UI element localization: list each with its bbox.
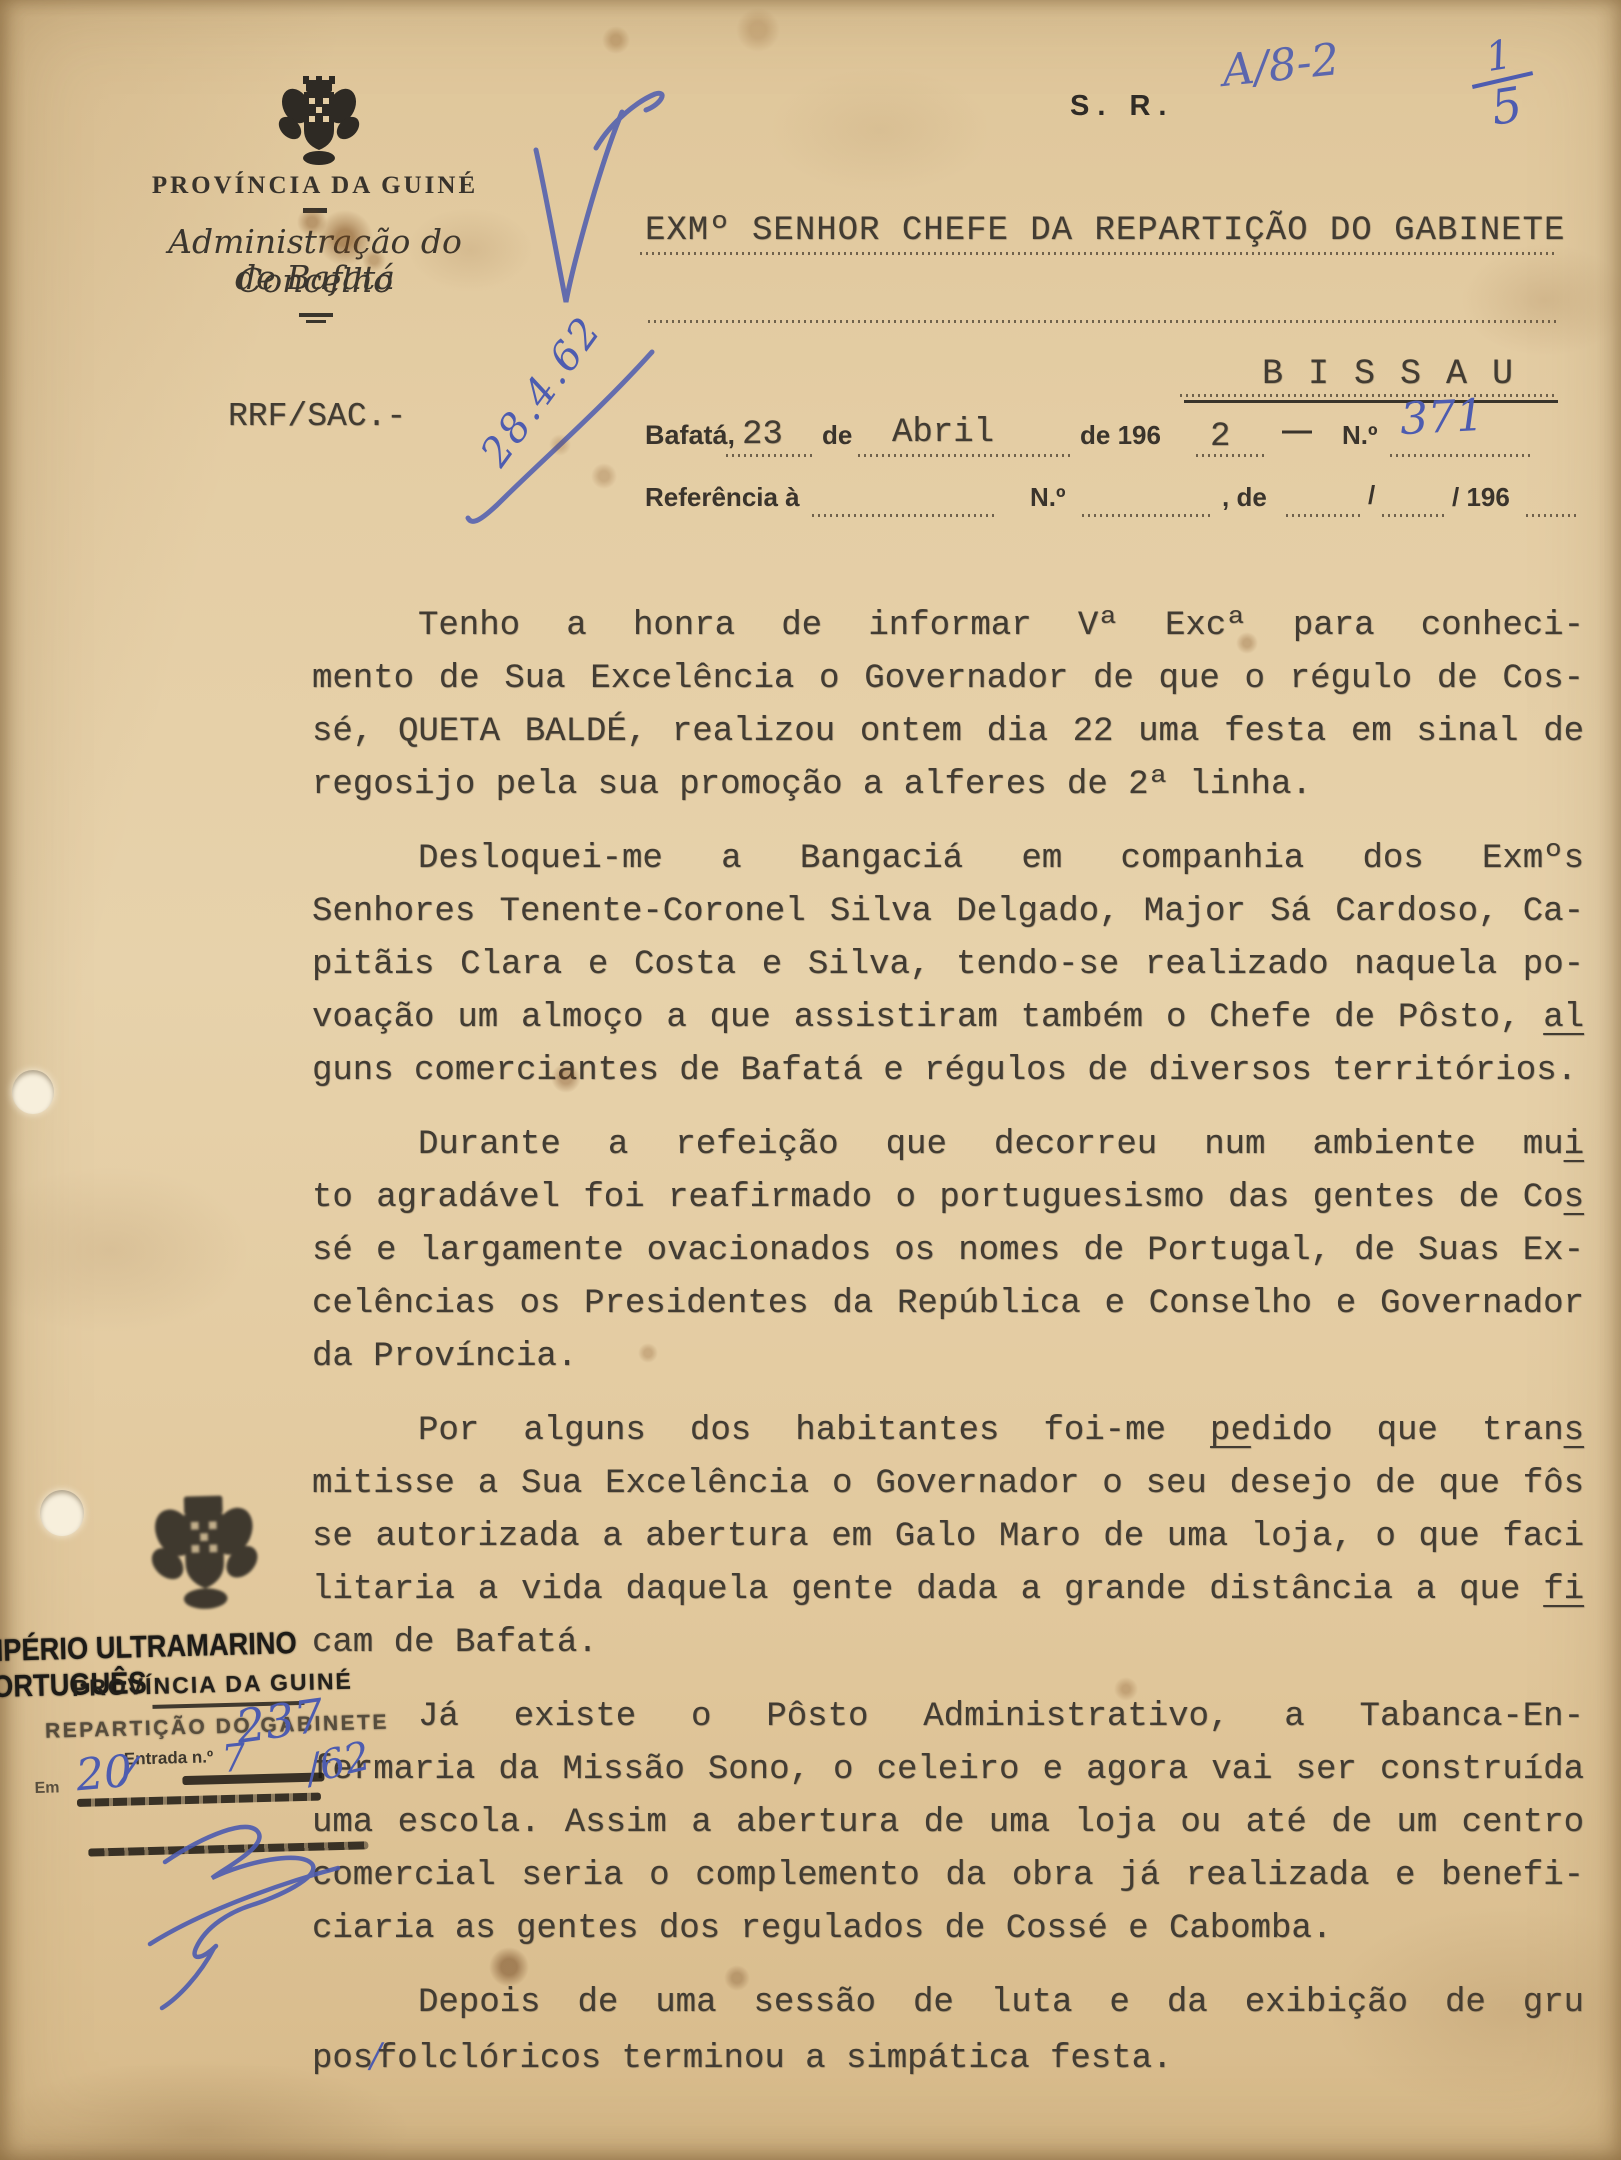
body-line: se autorizada a abertura em Galo Maro de…	[312, 1511, 1584, 1564]
dotted-rule-addressee	[640, 252, 1556, 255]
typed-text: sé e largamente ovacionados os nomes de …	[312, 1232, 1584, 1270]
letterhead-separator	[299, 313, 333, 317]
typed-text: to agradável foi reafirmado o portuguesi…	[312, 1179, 1564, 1217]
body-line: uma escola. Assim a abertura de uma loja…	[312, 1797, 1584, 1850]
reference-no-label: N.º	[1030, 482, 1066, 513]
body-line: pos∕folclóricos terminou a simpática fes…	[312, 2030, 1584, 2086]
typed-text: Já existe o Pôsto Administrativo, a Taba…	[418, 1698, 1584, 1736]
typed-text: Depois de uma sessão de luta e da exibiç…	[418, 1984, 1584, 2022]
coat-of-arms-crest	[276, 76, 362, 168]
body-line: Tenho a honra de informar Vª Excª para c…	[312, 600, 1584, 653]
solid-rule-city	[1184, 400, 1558, 403]
body-line: pitãis Clara e Costa e Silva, tendo-se r…	[312, 939, 1584, 992]
typed-text: da Província.	[312, 1338, 577, 1376]
reference-de-label: , de	[1222, 482, 1267, 513]
body-line: fermaria da Missão Sono, o celeiro e ago…	[312, 1744, 1584, 1797]
stamp-crest-icon	[137, 1492, 272, 1613]
body-line: comercial seria o complemento da obra já…	[312, 1850, 1584, 1903]
dateline-number-dots	[1390, 454, 1534, 457]
typed-text: fermaria da Missão Sono, o celeiro e ago…	[312, 1751, 1584, 1789]
typed-text: Senhores Tenente-Coronel Silva Delgado, …	[312, 893, 1584, 931]
typed-text: sé, QUETA BALDÉ, realizou ontem dia 22 u…	[312, 713, 1584, 751]
reference-initials: RRF/SAC.-	[228, 398, 406, 435]
letterhead-office-line2: de Bafatá	[95, 258, 535, 297]
typed-text: Durante a refeição que decorreu num ambi…	[418, 1126, 1564, 1164]
scanned-letter-page: PROVÍNCIA DA GUINÉ Administração do Conc…	[0, 0, 1621, 2160]
underlined-text: i	[1564, 1126, 1584, 1164]
handwritten-letter-number: 371	[1399, 390, 1486, 445]
typed-text: regosijo pela sua promoção a alferes de …	[312, 766, 1312, 804]
dateline-day-dots	[726, 454, 812, 457]
dateline-year-digit: 2	[1210, 418, 1230, 456]
reference-slash-2: / 196	[1452, 482, 1510, 513]
handwritten-entry-month: 7	[220, 1735, 249, 1781]
body-line: sé e largamente ovacionados os nomes de …	[312, 1225, 1584, 1278]
body-paragraph: Depois de uma sessão de luta e da exibiç…	[312, 1977, 1584, 2086]
body-paragraph: Desloquei-me a Bangaciá em companhia dos…	[312, 833, 1584, 1098]
typed-text: folclóricos terminou a simpática festa.	[377, 2040, 1173, 2078]
underlined-text: s	[1564, 1179, 1584, 1217]
body-paragraph: Por alguns dos habitantes foi-me pedido …	[312, 1405, 1584, 1670]
handwritten-received-date: 28.4.62	[472, 307, 611, 475]
reference-dots-5	[1526, 514, 1576, 517]
body-line: da Província.	[312, 1331, 1584, 1384]
dateline-month-dots	[858, 454, 1072, 457]
body-paragraph: Já existe o Pôsto Administrativo, a Taba…	[312, 1691, 1584, 1956]
stamp-entry-bar	[182, 1772, 324, 1785]
typed-text: uma escola. Assim a abertura de uma loja…	[312, 1804, 1584, 1842]
typed-text: Desloquei-me a Bangaciá em companhia dos…	[418, 840, 1584, 878]
dateline-day: 23	[742, 416, 783, 454]
handwritten-classification: A/8-2	[1220, 34, 1342, 97]
typed-text: Tenho a honra de informar Vª Excª para c…	[418, 607, 1584, 645]
body-line: Senhores Tenente-Coronel Silva Delgado, …	[312, 886, 1584, 939]
dateline-de2: de 196	[1080, 420, 1161, 451]
typed-text: pos	[312, 2040, 373, 2078]
dateline-month: Abril	[892, 414, 994, 452]
letterhead-province: PROVÍNCIA DA GUINÉ	[150, 172, 480, 200]
dateline-number-label: N.º	[1342, 420, 1378, 451]
typed-text: litaria a vida daquela gente dada a gran…	[312, 1571, 1543, 1609]
typed-text: mitisse a Sua Excelência o Governador o …	[312, 1465, 1584, 1503]
body-line: mento de Sua Excelência o Governador de …	[312, 653, 1584, 706]
body-line: mitisse a Sua Excelência o Governador o …	[312, 1458, 1584, 1511]
dotted-rule-second	[648, 320, 1558, 323]
body-paragraph: Durante a refeição que decorreu num ambi…	[312, 1119, 1584, 1384]
body-line: celências os Presidentes da República e …	[312, 1278, 1584, 1331]
underlined-text: fi	[1543, 1571, 1584, 1609]
body-line: guns comerciantes de Bafatá e régulos de…	[312, 1045, 1584, 1098]
typed-text: pitãis Clara e Costa e Silva, tendo-se r…	[312, 946, 1584, 984]
typed-text: celências os Presidentes da República e …	[312, 1285, 1584, 1323]
reference-dots-4	[1382, 514, 1448, 517]
punch-hole-lower	[40, 1490, 84, 1536]
handwritten-page-fraction: 1 5	[1461, 31, 1545, 135]
body-paragraph: Tenho a honra de informar Vª Excª para c…	[312, 600, 1584, 812]
reference-dots-1	[812, 514, 998, 517]
letter-body: Tenho a honra de informar Vª Excª para c…	[312, 600, 1584, 2107]
dateline-de1: de	[822, 420, 852, 451]
reference-slash-1: /	[1368, 480, 1375, 511]
typed-text: dido que tran	[1251, 1412, 1564, 1450]
body-line: sé, QUETA BALDÉ, realizou ontem dia 22 u…	[312, 706, 1584, 759]
reference-dots-3	[1286, 514, 1364, 517]
typed-text: se autorizada a abertura em Galo Maro de…	[312, 1518, 1584, 1556]
dotted-rule-city	[1180, 394, 1558, 397]
punch-hole-upper	[12, 1070, 54, 1114]
body-line: litaria a vida daquela gente dada a gran…	[312, 1564, 1584, 1617]
underlined-text: s	[1564, 1412, 1584, 1450]
stamp-signature-bar	[88, 1841, 368, 1856]
typed-text: mento de Sua Excelência o Governador de …	[312, 660, 1584, 698]
reference-label: Referência à	[645, 482, 800, 513]
body-line: cam de Bafatá.	[312, 1617, 1584, 1670]
underlined-text: al	[1543, 999, 1584, 1037]
letterhead-divider	[303, 208, 327, 213]
body-line: to agradável foi reafirmado o portuguesi…	[312, 1172, 1584, 1225]
dateline-place-label: Bafatá,	[645, 420, 735, 451]
body-line: regosijo pela sua promoção a alferes de …	[312, 759, 1584, 812]
typed-text: comercial seria o complemento da obra já…	[312, 1857, 1584, 1895]
body-line: voação um almoço a que assistiram também…	[312, 992, 1584, 1045]
letterhead-separator-small	[306, 320, 326, 323]
typed-text: Por alguns dos habitantes foi-me	[418, 1412, 1210, 1450]
dateline-year-dots	[1196, 454, 1266, 457]
body-line: Durante a refeição que decorreu num ambi…	[312, 1119, 1584, 1172]
body-line: Desloquei-me a Bangaciá em companhia dos…	[312, 833, 1584, 886]
addressee-line: EXMº SENHOR CHEFE DA REPARTIÇÃO DO GABIN…	[645, 212, 1565, 250]
body-line: Por alguns dos habitantes foi-me pedido …	[312, 1405, 1584, 1458]
stamp-em-label: Em	[34, 1779, 59, 1798]
reference-dots-2	[1082, 514, 1214, 517]
body-line: Já existe o Pôsto Administrativo, a Taba…	[312, 1691, 1584, 1744]
underlined-text: pe	[1210, 1412, 1251, 1450]
body-line: Depois de uma sessão de luta e da exibiç…	[312, 1977, 1584, 2030]
dateline-dash: —	[1282, 414, 1312, 448]
body-line: ciaria as gentes dos regulados de Cossé …	[312, 1903, 1584, 1956]
sr-marking: S. R.	[1070, 90, 1174, 123]
typed-text: guns comerciantes de Bafatá e régulos de…	[312, 1052, 1577, 1090]
typed-text: voação um almoço a que assistiram também…	[312, 999, 1543, 1037]
city-bissau: B I S S A U	[1262, 354, 1515, 394]
